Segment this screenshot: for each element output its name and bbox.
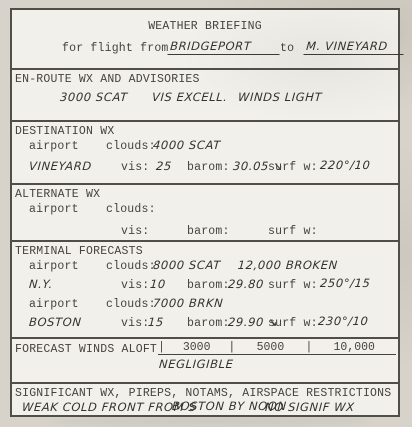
airport-label: airport [29, 298, 79, 311]
column-separator: | [228, 341, 235, 354]
significant-entry: WEAK COLD FRONT FROM S [22, 401, 197, 414]
surfw-value: 250°/15 [320, 277, 371, 290]
clouds-label: clouds: [106, 203, 156, 216]
weather-briefing-form: WEATHER BRIEFING for flight from BRIDGEP… [10, 8, 400, 417]
surfw-label: surf w: [268, 317, 318, 330]
barom-label: barom: [187, 317, 230, 330]
enroute-entry: WINDS LIGHT [238, 91, 323, 104]
column-separator: | [306, 341, 313, 354]
section-alternate: ALTERNATE WX airport clouds: vis: barom:… [12, 183, 398, 242]
winds-level: 10,000 [312, 341, 396, 354]
clouds-value: 7000 BRKN [153, 297, 224, 310]
section-header: WEATHER BRIEFING for flight from BRIDGEP… [12, 10, 398, 68]
clouds-value: 4000 SCAT [153, 139, 222, 152]
vis-label: vis: [121, 225, 149, 238]
significant-entry: NO SIGNIF WX [265, 401, 356, 414]
column-separator: | [158, 341, 165, 354]
airport-value: BOSTON [29, 316, 82, 329]
airport-value: N.Y. [29, 278, 54, 291]
destination-heading: DESTINATION WX [15, 125, 114, 138]
scanned-page: { "form": { "title": "WEATHER BRIEFING",… [0, 0, 412, 427]
section-significant: SIGNIFICANT WX, PIREPS, NOTAMS, AIRSPACE… [12, 382, 398, 417]
surfw-label: surf w: [268, 279, 318, 292]
enroute-entry: 3000 SCAT [60, 91, 129, 104]
winds-aloft-value: NEGLIGIBLE [159, 358, 234, 371]
vis-label: vis: [121, 279, 149, 292]
alternate-heading: ALTERNATE WX [15, 188, 100, 201]
barom-value: 29.80 [228, 278, 265, 291]
surfw-value: 230°/10 [318, 315, 369, 328]
airport-label: airport [29, 140, 79, 153]
section-terminal: TERMINAL FORECASTS airport clouds: 8000 … [12, 240, 398, 339]
section-destination: DESTINATION WX airport clouds: 4000 SCAT… [12, 120, 398, 185]
barom-label: barom: [187, 225, 230, 238]
winds-aloft-levels: | 3000 | 5000 | 10,000 [158, 340, 396, 355]
airport-label: airport [29, 203, 79, 216]
clouds-label: clouds: [106, 140, 156, 153]
clouds-label: clouds: [106, 298, 156, 311]
surfw-label: surf w: [268, 225, 318, 238]
clouds-value: 8000 SCAT 12,000 BROKEN [153, 259, 339, 272]
vis-value: 10 [150, 278, 167, 291]
section-winds-aloft: FORECAST WINDS ALOFT | 3000 | 5000 | 10,… [12, 337, 398, 384]
showthrough-smudge [50, 417, 370, 426]
flight-line-prefix: for flight from [62, 42, 169, 55]
terminal-heading: TERMINAL FORECASTS [15, 245, 143, 258]
winds-aloft-heading: FORECAST WINDS ALOFT [15, 343, 157, 356]
airport-value: VINEYARD [29, 160, 93, 173]
form-title: WEATHER BRIEFING [12, 20, 398, 33]
section-enroute: EN-ROUTE WX AND ADVISORIES 3000 SCAT VIS… [12, 68, 398, 122]
vis-value: 25 [156, 160, 173, 173]
winds-level: 5000 [235, 341, 305, 354]
airport-label: airport [29, 260, 79, 273]
barom-label: barom: [187, 161, 230, 174]
enroute-heading: EN-ROUTE WX AND ADVISORIES [15, 73, 200, 86]
flight-from-value: BRIDGEPORT [167, 40, 280, 55]
winds-level: 3000 [165, 341, 229, 354]
barom-label: barom: [187, 279, 230, 292]
clouds-label: clouds: [106, 260, 156, 273]
vis-label: vis: [121, 161, 149, 174]
flight-to-value: M. VINEYARD [303, 40, 404, 55]
enroute-entry: VIS EXCELL. [152, 91, 228, 104]
vis-label: vis: [121, 317, 149, 330]
vis-value: 15 [148, 316, 165, 329]
surfw-value: 220°/10 [320, 159, 371, 172]
flight-to-label: to [280, 42, 294, 55]
surfw-label: surf w: [268, 161, 318, 174]
